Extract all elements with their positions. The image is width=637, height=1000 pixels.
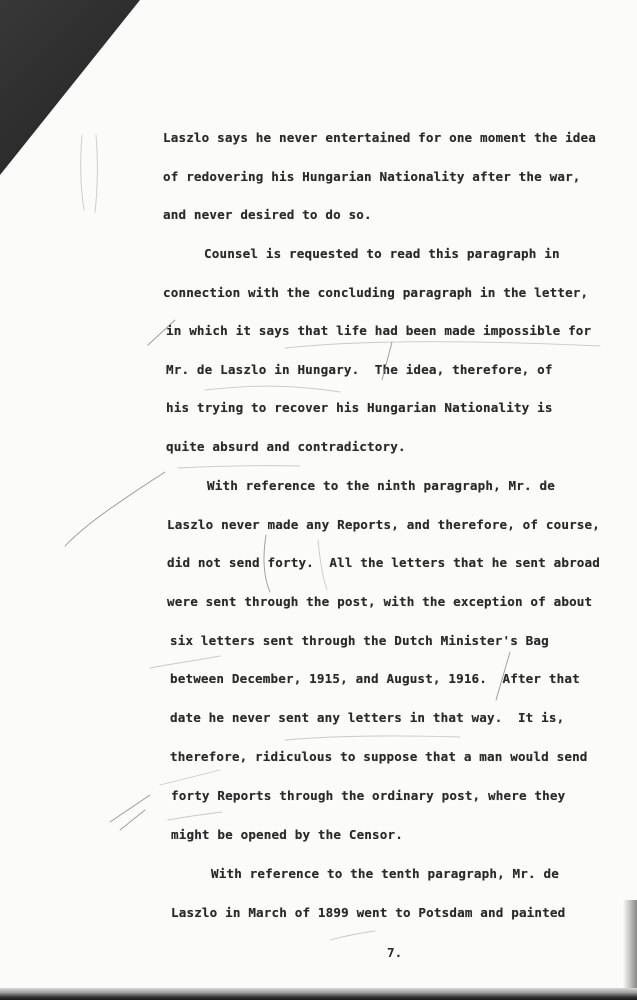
text-line: between December, 1915, and August, 1916…	[170, 671, 580, 686]
pencil-underline	[160, 770, 220, 785]
pencil-underline	[168, 812, 222, 820]
text-line: Laszlo in March of 1899 went to Potsdam …	[171, 905, 565, 920]
text-line: Laszlo says he never entertained for one…	[163, 130, 596, 145]
page-number: 7.	[387, 945, 402, 960]
text-line: his trying to recover his Hungarian Nati…	[166, 400, 553, 415]
text-line: were sent through the post, with the exc…	[167, 594, 592, 609]
text-line: date he never sent any letters in that w…	[170, 710, 564, 725]
page-stack-edge	[0, 988, 637, 1000]
pencil-stray-mark	[330, 931, 375, 940]
text-line: Laszlo never made any Reports, and there…	[167, 517, 600, 532]
pencil-underline	[150, 656, 220, 668]
text-line: connection with the concluding paragraph…	[163, 285, 588, 300]
text-line: did not send forty. All the letters that…	[167, 555, 600, 570]
pencil-tick-mark	[110, 795, 150, 822]
pencil-curve-mark	[65, 472, 165, 546]
text-line: quite absurd and contradictory.	[166, 439, 406, 454]
text-line: of redovering his Hungarian Nationality …	[163, 169, 581, 184]
pencil-underline	[205, 386, 340, 392]
text-line: therefore, ridiculous to suppose that a …	[170, 749, 588, 764]
pencil-underline	[285, 342, 600, 348]
paragraph-start-line: Counsel is requested to read this paragr…	[204, 246, 560, 261]
text-line: and never desired to do so.	[163, 207, 372, 222]
text-line: Mr. de Laszlo in Hungary. The idea, ther…	[166, 362, 553, 377]
pencil-underline	[178, 466, 300, 468]
pencil-tick-mark	[120, 810, 145, 830]
paragraph-start-line: With reference to the tenth paragraph, M…	[211, 866, 559, 881]
paragraph-start-line: With reference to the ninth paragraph, M…	[207, 478, 555, 493]
text-line: six letters sent through the Dutch Minis…	[170, 633, 549, 648]
text-line: might be opened by the Censor.	[171, 827, 403, 842]
document-page: Laszlo says he never entertained for one…	[0, 0, 637, 1000]
text-line: in which it says that life had been made…	[166, 323, 591, 338]
pencil-underline	[285, 736, 460, 740]
text-line: forty Reports through the ordinary post,…	[171, 788, 565, 803]
page-edge-shadow	[623, 900, 637, 1000]
